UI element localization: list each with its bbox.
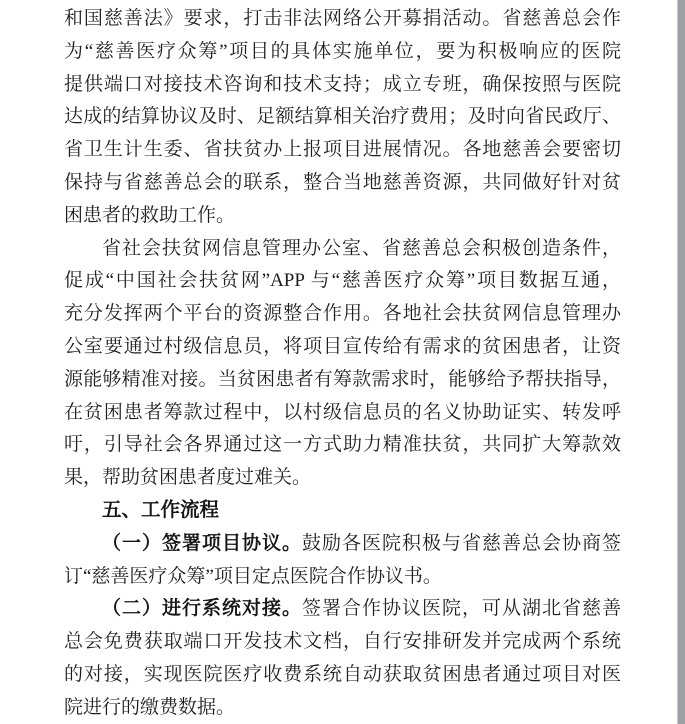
text-line: 和国慈善法》要求，打击非法网络公开募捐活动。省慈善总会作 bbox=[64, 3, 621, 36]
text-line: 吁，引导社会各界通过这一方式助力精准扶贫，共同扩大筹款效 bbox=[64, 429, 621, 462]
text-line: 达成的结算协议及时、足额结算相关治疗费用；及时向省民政厅、 bbox=[64, 101, 621, 134]
text-line: 订“慈善医疗众筹”项目定点医院合作协议书。 bbox=[64, 561, 621, 594]
document-page: 和国慈善法》要求，打击非法网络公开募捐活动。省慈善总会作为“慈善医疗众筹”项目的… bbox=[0, 0, 685, 724]
text-line: 院进行的缴费数据。 bbox=[64, 692, 621, 724]
text-line: 果，帮助贫困患者度过难关。 bbox=[64, 462, 621, 495]
text-line: 保持与省慈善总会的联系，整合当地慈善资源，共同做好针对贫 bbox=[64, 167, 621, 200]
text-line: 源能够精准对接。当贫困患者有筹款需求时，能够给予帮扶指导， bbox=[64, 364, 621, 397]
text-line: 省卫生计生委、省扶贫办上报项目进展情况。各地慈善会要密切 bbox=[64, 134, 621, 167]
section-heading: 五、工作流程 bbox=[64, 495, 621, 528]
bold-lead-text: （二）进行系统对接。 bbox=[102, 598, 302, 619]
page-right-edge-bar bbox=[677, 0, 685, 724]
text-line: 省社会扶贫网信息管理办公室、省慈善总会积极创造条件， bbox=[64, 233, 621, 266]
text-line: 促成“中国社会扶贫网”APP 与“慈善医疗众筹”项目数据互通， bbox=[64, 265, 621, 298]
text-line: 公室要通过村级信息员，将项目宣传给有需求的贫困患者，让资 bbox=[64, 331, 621, 364]
text-line: （一）签署项目协议。鼓励各医院积极与省慈善总会协商签 bbox=[64, 528, 621, 561]
body-text: 鼓励各医院积极与省慈善总会协商签 bbox=[302, 533, 621, 554]
text-line: 困患者的救助工作。 bbox=[64, 200, 621, 233]
text-line: 为“慈善医疗众筹”项目的具体实施单位，要为积极响应的医院 bbox=[64, 36, 621, 69]
text-line: 提供端口对接技术咨询和技术支持；成立专班，确保按照与医院 bbox=[64, 69, 621, 102]
text-line: （二）进行系统对接。签署合作协议医院，可从湖北省慈善 bbox=[64, 593, 621, 626]
text-line: 充分发挥两个平台的资源整合作用。各地社会扶贫网信息管理办 bbox=[64, 298, 621, 331]
bold-lead-text: （一）签署项目协议。 bbox=[102, 533, 302, 554]
text-line: 总会免费获取端口开发技术文档，自行安排研发并完成两个系统 bbox=[64, 626, 621, 659]
text-line: 的对接，实现医院医疗收费系统自动获取贫困患者通过项目对医 bbox=[64, 659, 621, 692]
body-text: 签署合作协议医院，可从湖北省慈善 bbox=[302, 598, 621, 619]
text-line: 在贫困患者筹款过程中，以村级信息员的名义协助证实、转发呼 bbox=[64, 397, 621, 430]
document-text: 和国慈善法》要求，打击非法网络公开募捐活动。省慈善总会作为“慈善医疗众筹”项目的… bbox=[64, 3, 621, 724]
document-lines: 和国慈善法》要求，打击非法网络公开募捐活动。省慈善总会作为“慈善医疗众筹”项目的… bbox=[64, 3, 621, 724]
